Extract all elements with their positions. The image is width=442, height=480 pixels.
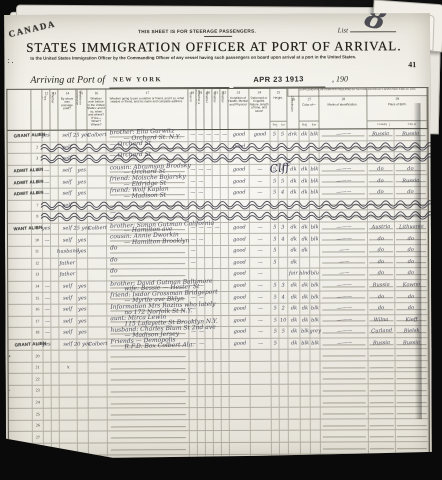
cell-compl: dk [288, 222, 300, 233]
cell-m3 [206, 466, 214, 477]
cell-m5 [222, 431, 230, 442]
scanned-photo-background: CANADA THIS SHEET IS FOR STEERAGE PASSEN… [0, 0, 442, 480]
cell-rel [108, 397, 190, 408]
cell-city: do [395, 233, 428, 244]
handwriting: do [110, 268, 118, 274]
handwriting: yes [78, 249, 87, 254]
handwriting: — [257, 190, 262, 195]
cell-k12: — [43, 235, 51, 246]
cell-country [369, 361, 396, 372]
cell-compl [288, 350, 300, 361]
handwriting: 2 [282, 306, 285, 311]
cell-stamp: ADMIT ALIEN [8, 166, 32, 177]
cell-money [78, 455, 89, 466]
cell-stamp [8, 328, 32, 339]
handwriting: — [257, 260, 262, 265]
cell-paid: self [59, 165, 77, 176]
cell-m1 [190, 385, 198, 396]
date-underline: APR 23 1913 [233, 69, 325, 88]
cell-hair: dk [300, 164, 310, 175]
cell-money: yes [77, 165, 88, 176]
handwriting: — [213, 133, 218, 138]
cell-city [396, 431, 429, 442]
row-number: 22 [36, 378, 40, 382]
cell-paid [60, 420, 78, 431]
cell-money: yes [77, 247, 88, 258]
cell-paid [60, 374, 78, 385]
column-label: Whether an Anarchist [204, 91, 208, 104]
cell-m5 [222, 397, 230, 408]
cell-k12: — [43, 177, 51, 188]
cell-prev [88, 293, 107, 304]
handwriting: good [233, 248, 246, 254]
cell-inch: 4 [279, 292, 288, 303]
cell-city [396, 442, 429, 453]
cell-inch: 3 [279, 222, 288, 233]
cell-marks [321, 431, 369, 442]
cell-m3: — [205, 130, 213, 141]
column-label: Deformed or Crippled. Nature, length of … [250, 97, 270, 113]
arrival-date-stamp: APR 23 1913 [254, 74, 305, 84]
handwriting: dk [301, 283, 308, 288]
cell-eyes [311, 361, 321, 372]
handwriting: — [190, 307, 195, 312]
cell-m3 [205, 246, 213, 257]
cell-city [396, 384, 429, 395]
handwriting: ——— [336, 329, 351, 335]
handwriting: self [63, 191, 72, 196]
column-label: Height. [271, 97, 287, 100]
row-number: 25 [36, 412, 40, 416]
handwriting: blk [310, 167, 318, 172]
handwriting: dk [302, 318, 309, 323]
cell-k12 [43, 270, 51, 281]
cell-city [396, 407, 429, 418]
cell-eyes: blk [310, 280, 320, 291]
cell-prev [88, 281, 107, 292]
handwriting: 4 [281, 237, 284, 242]
handwriting: good [233, 260, 246, 266]
handwriting: ——— [336, 317, 351, 323]
handwriting: blk [311, 318, 319, 323]
cell-hair: dk [300, 130, 310, 141]
cell-m1 [190, 432, 198, 443]
cell-k13 [51, 223, 59, 234]
list-label: List [338, 26, 349, 34]
handwriting: do [378, 190, 385, 195]
row-number: 26 [36, 424, 40, 428]
cell-prev [88, 304, 107, 315]
handwriting: blk [301, 329, 309, 334]
handwriting: good [233, 295, 246, 301]
cell-paid [60, 432, 78, 443]
cell-health [229, 350, 250, 361]
cell-stamp: GRANT ALIEN [8, 339, 32, 350]
cell-k13 [51, 270, 59, 281]
cell-deform [251, 373, 272, 384]
cell-compl: dk [288, 338, 300, 349]
handwriting: do [110, 245, 118, 251]
handwriting: good [233, 318, 246, 324]
cell-hair [301, 443, 311, 454]
cell-k13 [52, 421, 60, 432]
cell-eyes [311, 385, 321, 396]
cell-ft: 5 [271, 257, 279, 268]
handwriting: — [190, 330, 195, 335]
handwriting: 10 [280, 318, 287, 323]
relative-address-entry [110, 350, 188, 361]
cell-m1 [190, 362, 198, 373]
cell-prev [89, 455, 108, 466]
relative-address-entry: do [110, 246, 188, 257]
cell-m2 [197, 258, 205, 269]
cell-m1 [190, 466, 198, 477]
column-label: Yes or No [42, 96, 46, 101]
cell-health: good [229, 246, 250, 257]
handwriting: blnd [299, 271, 311, 277]
row-number: 16 [35, 308, 39, 312]
cell-city: do [395, 268, 428, 279]
handwriting: dk [290, 248, 297, 253]
handwriting: good [232, 190, 245, 196]
cell-deform: — [250, 304, 271, 315]
cell-m5 [221, 188, 229, 199]
handwriting: 5 [273, 318, 276, 323]
cell-hair: dk [300, 234, 310, 245]
cell-marks: ——— [320, 187, 368, 198]
cell-health [230, 408, 251, 419]
handwriting: self [63, 330, 72, 335]
cell-marks: —— [320, 245, 368, 256]
handwriting: dk [290, 190, 297, 195]
handwriting: yes [42, 226, 51, 231]
handwriting: good [232, 179, 245, 185]
handwriting: — [198, 341, 203, 346]
cell-stamp [9, 421, 33, 432]
column-header-marks: 28Marks of identification. [319, 88, 367, 128]
handwriting: — [258, 272, 263, 277]
cell-eyes [310, 257, 320, 268]
cell-deform: — [250, 176, 271, 187]
cell-m2: — [197, 130, 205, 141]
column-header-m4: 21Whether under promise of labor [212, 89, 220, 129]
cell-marks: ——— [320, 338, 368, 349]
cell-num: 20 [32, 351, 43, 362]
cell-paid [60, 455, 78, 466]
cell-eyes: blk [310, 338, 320, 349]
cell-prev [89, 397, 108, 408]
handwriting: ——— [335, 132, 350, 138]
cell-country: Russia [368, 129, 395, 140]
cell-city: Kieff [395, 315, 428, 326]
handwriting: dk [301, 190, 308, 195]
handwriting: — [258, 341, 263, 346]
cell-rel [108, 385, 190, 396]
row-number: 8 [36, 215, 38, 219]
cell-compl: dk [288, 188, 300, 199]
cell-deform: — [250, 257, 271, 268]
cell-inch: 4 [279, 188, 288, 199]
cell-rel [108, 466, 190, 477]
cell-m3: — [205, 223, 213, 234]
cell-k13 [51, 235, 59, 246]
handwriting: dk [291, 341, 298, 346]
cell-rel [108, 432, 190, 443]
cell-k13 [51, 189, 59, 200]
cell-hair [301, 408, 311, 419]
cell-m3 [206, 443, 214, 454]
cell-m3 [205, 304, 213, 315]
cell-num: 15 [32, 293, 43, 304]
handwriting: — [44, 307, 49, 312]
row-number: 21 [36, 366, 40, 370]
handwriting: — [198, 168, 203, 173]
handwriting: dk [301, 132, 308, 137]
column-label: Whether a Polygamist [196, 90, 200, 105]
handwriting: Colbert [87, 226, 107, 232]
cell-m2: — [197, 223, 205, 234]
handwriting: 5 [273, 306, 276, 311]
cell-paid [60, 467, 78, 478]
column-label: Color of— [300, 104, 319, 107]
column-label: Condition of Health, Mental and Physical [229, 97, 249, 107]
cell-stamp [9, 432, 33, 443]
handwriting: do [377, 178, 384, 183]
cell-stamp [8, 305, 32, 316]
cell-health: good [229, 269, 250, 280]
cell-rel [108, 408, 190, 419]
cell-stamp [8, 142, 32, 153]
handwriting: — [190, 237, 195, 242]
cell-stamp [9, 467, 33, 478]
cell-m2 [198, 385, 206, 396]
handwriting: x [67, 365, 70, 370]
cell-stamp [8, 282, 32, 293]
cell-deform: — [250, 223, 271, 234]
cell-money: yes [77, 328, 88, 339]
handwriting: —— [338, 260, 348, 265]
cell-m5 [221, 304, 229, 315]
cell-m1: — [189, 258, 197, 269]
cell-deform: — [250, 246, 271, 257]
cell-city: do [395, 303, 428, 314]
cell-k13 [52, 363, 60, 374]
handwriting: dk [301, 167, 308, 172]
row-number: 28 [36, 447, 40, 451]
cell-money [78, 432, 89, 443]
row-number: 9 [36, 227, 38, 231]
cell-m2 [197, 350, 205, 361]
handwriting: do [378, 271, 385, 276]
steerage-heading: THIS SHEET IS FOR STEERAGE PASSENGERS. [47, 29, 348, 35]
row-number: 15 [35, 296, 39, 300]
handwriting: self [63, 307, 72, 312]
handwriting: dk [290, 260, 297, 265]
cell-m2 [198, 397, 206, 408]
cell-compl [289, 454, 301, 465]
cell-prev [89, 362, 108, 373]
cell-rel: Friends — DemopolisR.F.D. Box Colbert Al… [107, 339, 189, 350]
handwriting: Russia [372, 132, 389, 138]
row-number: 30 [36, 470, 40, 474]
cell-inch: 3 [279, 280, 288, 291]
cell-stamp [9, 455, 33, 466]
handwriting: self [63, 319, 72, 324]
cell-k12 [44, 467, 52, 478]
cell-compl: dk [288, 257, 300, 268]
cell-m1 [189, 350, 197, 361]
cell-hair [300, 350, 310, 361]
handwriting: do [378, 236, 385, 241]
cell-m5 [222, 466, 230, 477]
handwriting: — [190, 318, 195, 323]
cell-inch [279, 350, 288, 361]
cell-prev [88, 246, 107, 257]
cell-m1 [190, 455, 198, 466]
cell-k12: — [43, 293, 51, 304]
cell-ft [271, 269, 279, 280]
cell-m3: — [205, 165, 213, 176]
cell-m4 [213, 350, 221, 361]
cell-compl: drk [288, 130, 300, 141]
cell-marks: ——— [320, 176, 368, 187]
cell-hair: dk [300, 280, 310, 291]
cell-money: yes [77, 189, 88, 200]
handwriting: blk [311, 341, 319, 346]
cell-marks: ——— [320, 234, 368, 245]
cell-deform [251, 362, 272, 373]
cell-m2 [198, 466, 206, 477]
handwriting: 4 [281, 190, 284, 195]
cell-k12 [43, 247, 51, 258]
cell-m2: — [197, 327, 205, 338]
cell-num: 30 [33, 467, 44, 478]
cell-m1: — [189, 130, 197, 141]
cell-compl [289, 431, 301, 442]
cell-eyes: blk [310, 222, 320, 233]
port-of-arrival-line: Arriving at Port of NEW YORK APR 23 1913… [30, 68, 420, 86]
cell-inch [280, 420, 289, 431]
cell-inch [280, 362, 289, 373]
margin-marks: : . [7, 57, 13, 64]
handwriting: — [257, 225, 262, 230]
cell-m3 [205, 327, 213, 338]
cell-health: good [229, 327, 250, 338]
column-number: 27 [307, 97, 311, 102]
handwriting: dk [302, 306, 309, 311]
column-header-stamp [7, 90, 31, 130]
cell-num: 16 [32, 305, 43, 316]
handwriting: good [233, 306, 246, 312]
cell-ft: 5 [271, 176, 279, 187]
cell-city [396, 373, 429, 384]
handwriting: — [198, 191, 203, 196]
row-number: 2 [36, 146, 38, 150]
cell-m1: — [189, 188, 197, 199]
column-subheaders: FeetInches [270, 121, 286, 129]
cell-city [395, 349, 428, 360]
cell-m2 [197, 304, 205, 315]
cell-country [369, 384, 396, 395]
cell-m4 [214, 455, 222, 466]
cell-hair [301, 454, 311, 465]
cell-compl: dk [288, 176, 300, 187]
cell-compl [289, 443, 301, 454]
handwriting: — [190, 283, 195, 288]
cell-eyes [311, 454, 321, 465]
cell-eyes [311, 396, 321, 407]
handwriting: Russia [373, 282, 390, 288]
cell-marks [321, 361, 369, 372]
cell-m3 [206, 373, 214, 384]
cell-country [369, 373, 396, 384]
handwriting: 3 [281, 225, 284, 230]
cell-country: do [368, 245, 395, 256]
row-number: 10 [35, 238, 39, 242]
cell-num: 21 [33, 363, 44, 374]
cell-money [78, 362, 89, 373]
handwriting: dk [290, 295, 297, 300]
cell-money: 25 yes [77, 223, 88, 234]
cell-hair [301, 396, 311, 407]
handwriting: — [190, 179, 195, 184]
cell-k12 [44, 455, 52, 466]
cell-paid: self [59, 235, 77, 246]
handwriting: do [110, 257, 118, 263]
cell-compl [289, 419, 301, 430]
cell-health [230, 420, 251, 431]
column-label: Whether able to read and write [50, 92, 54, 103]
cell-m2 [198, 455, 206, 466]
handwriting: — [258, 306, 263, 311]
cell-country: do [368, 176, 395, 187]
cell-health: good [229, 176, 250, 187]
cell-money [78, 420, 89, 431]
cell-money: 20 yes [77, 339, 88, 350]
cell-country: do [368, 187, 395, 198]
column-label: Marks of identification. [320, 104, 366, 107]
cell-inch [279, 246, 288, 257]
cell-m5 [222, 373, 230, 384]
cell-health: good [229, 188, 250, 199]
cell-k13 [51, 328, 59, 339]
cell-stamp [8, 270, 32, 281]
cell-prev [89, 409, 108, 420]
cell-k13 [52, 467, 60, 478]
handwriting: — [44, 238, 49, 243]
cell-marks: —— [320, 257, 368, 268]
handwriting: — [44, 168, 49, 173]
cell-k13 [52, 409, 60, 420]
cell-m5 [221, 339, 229, 350]
handwriting: — [198, 295, 203, 300]
cell-city: do [395, 187, 428, 198]
cell-prev [88, 177, 107, 188]
column-subheader: Feet [273, 123, 277, 127]
handwriting: ——— [336, 178, 351, 184]
cell-country: do [368, 164, 395, 175]
cell-deform: — [250, 280, 271, 291]
column-header-money: 15Whether in possession of $50, and if l… [76, 90, 87, 130]
cell-stamp [8, 200, 32, 211]
column-header-deform: 24Deformed or Crippled. Nature, length o… [249, 89, 270, 129]
relative-address-entry [111, 466, 189, 477]
cell-num: 4 [32, 166, 43, 177]
cell-rel [108, 374, 190, 385]
cell-inch [280, 431, 289, 442]
cell-ft: 5 [271, 338, 279, 349]
handwriting: — Madison St [124, 192, 167, 199]
